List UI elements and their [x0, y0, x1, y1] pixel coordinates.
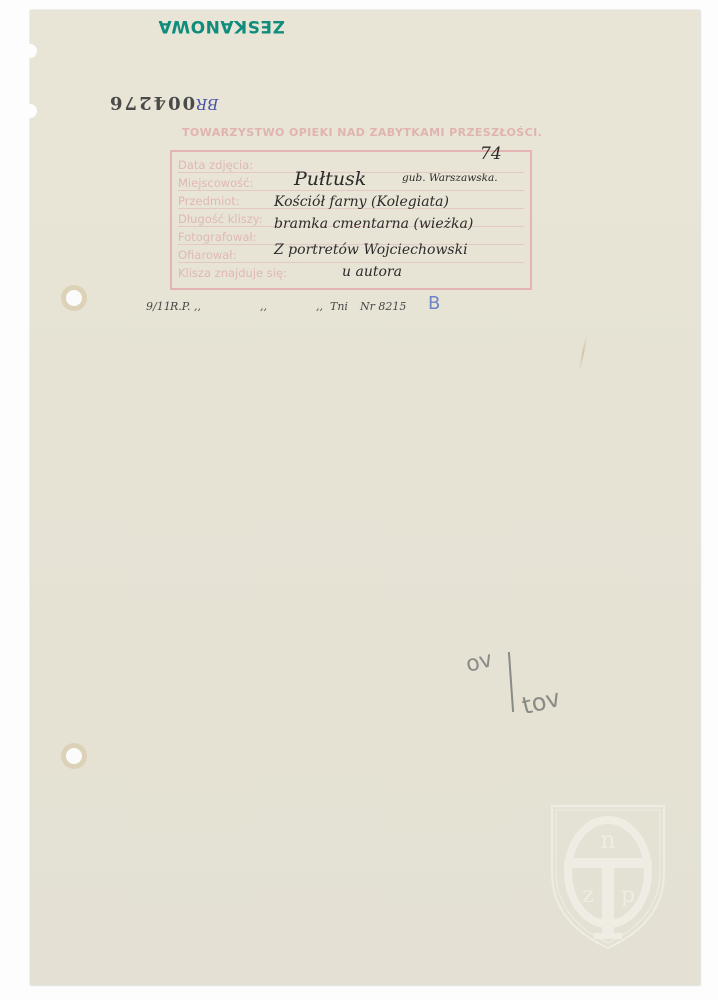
annotation-tni: Tni — [330, 300, 348, 313]
pencil-note-top: ov — [463, 647, 495, 678]
svg-text:n: n — [600, 826, 615, 854]
field-label: Długość kliszy: — [178, 212, 263, 226]
handwritten-subject-2: bramka cmentarna (wieżka) — [274, 216, 473, 232]
handwritten-location: u autora — [342, 264, 402, 280]
society-header: TOWARZYSTWO OPIEKI NAD ZABYTKAMI PRZESZŁ… — [182, 126, 562, 139]
svg-text:z: z — [582, 883, 594, 908]
punch-hole — [66, 290, 82, 306]
field-label: Data zdjęcia: — [178, 158, 253, 172]
pencil-stroke — [578, 334, 588, 372]
punch-hole — [66, 748, 82, 764]
annotation-suffix: B — [428, 293, 440, 314]
field-line — [178, 262, 524, 263]
annotation-date: 9/11 — [146, 300, 171, 313]
annotation-ref: R.P. ,, — [170, 300, 201, 313]
pencil-note-bottom: tov — [519, 684, 563, 720]
field-line — [178, 190, 524, 191]
binder-notch — [23, 104, 37, 118]
inventory-prefix: BR — [196, 95, 218, 113]
annotation-ditto-2: ,, — [316, 300, 323, 313]
inventory-number: 004276 — [108, 92, 195, 113]
handwritten-place: Pułtusk — [294, 168, 366, 190]
field-label: Miejscowość: — [178, 176, 253, 190]
document-sheet: ZESKANOWA 004276 BR TOWARZYSTWO OPIEKI N… — [30, 10, 700, 985]
pencil-slash — [508, 652, 514, 712]
handwritten-subject-1: Kościół farny (Kolegiata) — [274, 194, 449, 210]
handwritten-donor: Z portretów Wojciechowski — [274, 242, 468, 258]
svg-text:p: p — [621, 883, 635, 908]
binder-notch — [23, 44, 37, 58]
field-label: Fotografował: — [178, 230, 257, 244]
field-label: Ofiarował: — [178, 248, 236, 262]
field-label: Przedmiot: — [178, 194, 240, 208]
annotation-ditto: ,, — [260, 300, 267, 313]
handwritten-province: gub. Warszawska. — [402, 172, 498, 184]
society-shield-watermark-icon: n z p — [548, 802, 668, 952]
scanned-stamp: ZESKANOWA — [158, 16, 285, 36]
annotation-number: Nr 8215 — [360, 300, 406, 313]
field-label: Klisza znajduje się: — [178, 266, 287, 280]
handwritten-number: 74 — [480, 144, 502, 164]
